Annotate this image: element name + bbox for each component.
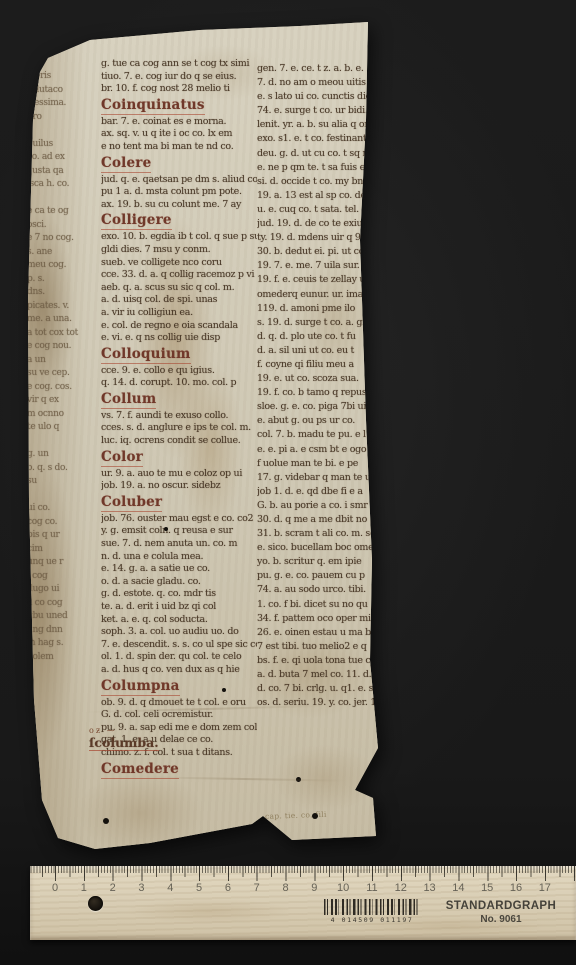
text-line: 13 xyxy=(415,882,444,894)
text-line: co. ad ex xyxy=(27,151,101,165)
text-line: d. q. d. plo ute co. t fu xyxy=(257,330,381,344)
catchword-columba: oƶ ⁓ ſcolumba. xyxy=(89,726,159,751)
text-line: i usta qa xyxy=(27,165,101,179)
text-line: 15 xyxy=(473,882,502,894)
text-line: 17 xyxy=(530,882,559,894)
catchword-text: ſcolumba. xyxy=(89,735,159,751)
text-line: 5 xyxy=(185,882,214,894)
text-line: a. d. hus q co. ven dux as q hie xyxy=(101,664,257,677)
barcode-bars xyxy=(324,899,420,915)
text-line: bs. f. e. qi uola tona tue comede xyxy=(257,654,381,668)
text-line xyxy=(27,435,101,449)
text-line: 31. b. scram t ali co. m. sol xyxy=(257,527,381,541)
text-line: te ulo q xyxy=(27,421,101,435)
text-line: bar. 7. e. coinat es e morna. xyxy=(101,116,257,129)
text-line: job. 76. ouster mau egst e co. co2 xyxy=(101,513,257,526)
text-line: 8 xyxy=(271,882,300,894)
text-line: 7 xyxy=(242,882,271,894)
text-line: s. 19. d. surge t co. a. gnd xyxy=(257,316,381,330)
text-line: ur. 9. a. auo te mu e coloz op ui xyxy=(101,468,257,481)
text-line: sue. 7. d. nem anuta un. co. m xyxy=(101,538,257,551)
text-line: picates. v. xyxy=(27,300,101,314)
text-line: te. a. d. erit i uid bz qi col xyxy=(101,601,257,614)
text-line: su ve cep. xyxy=(27,367,101,381)
text-line: g. un xyxy=(27,448,101,462)
text-line: ung dnn xyxy=(27,624,101,638)
text-column-1: g. tue ca cog ann se t cog tx simitiuo. … xyxy=(101,58,257,780)
text-line: si. d. occide t co. my bnd a xyxy=(257,175,381,189)
text-line: 1 xyxy=(69,882,98,894)
lemma-heading: Collum xyxy=(101,391,156,409)
text-line: 30. b. dedut ei. pi. ut co. bi. aq xyxy=(257,245,381,259)
lemma-heading: Colloquium xyxy=(101,346,191,364)
text-line: a tot cox tot xyxy=(27,327,101,341)
text-line xyxy=(27,678,101,692)
text-line: col. 7. b. madu te pu. e l xyxy=(257,428,381,442)
wormhole xyxy=(103,818,109,824)
text-line: vir q ex xyxy=(27,394,101,408)
text-line: 19. f. e. ceuis te zellay u xyxy=(257,273,381,287)
text-line: 19. 7. e. me. 7 uila sur. o sur xyxy=(257,259,381,273)
ruler-hanging-hole xyxy=(88,896,103,911)
text-line: 7 est tibi. tuo melio2 e q xyxy=(257,640,381,654)
parchment-surface: lberissalutacoz essima. uro puilusco. ad… xyxy=(25,18,381,854)
text-line: n. d. una e colula mea. xyxy=(101,551,257,564)
text-line: q. 14. d. corupt. 10. mo. col. p xyxy=(101,377,257,390)
text-line: a un xyxy=(27,354,101,368)
text-line: e. vi. e. q ns collig uie disp xyxy=(101,332,257,345)
text-line: 74. a. au sodo urco. tibi. xyxy=(257,583,381,597)
text-line: ui co. xyxy=(27,502,101,516)
verso-inscription: cap. tie. co. fili xyxy=(265,808,375,821)
text-line: job. 19. a. no oscur. sidebz xyxy=(101,480,257,493)
text-line: 19. f. co. b tamo q repus xyxy=(257,386,381,400)
text-line: z essima. xyxy=(27,97,101,111)
text-line: 7. d. no am o meou uitis diel xyxy=(257,76,381,90)
text-line: 0 xyxy=(41,882,70,894)
text-line: m ocnno xyxy=(27,408,101,422)
text-line: a co cog xyxy=(27,597,101,611)
ruler-model-number: No. 9061 xyxy=(426,914,576,925)
text-line: yo. b. scritur q. em ipie xyxy=(257,555,381,569)
lemma-heading: Color xyxy=(101,449,143,467)
text-line: gen. 7. e. ce. t z. a. b. e. xyxy=(257,62,381,76)
text-line: nolem xyxy=(27,651,101,665)
lemma-heading: Columpna xyxy=(101,678,180,696)
barcode-digits: 4 014509 011197 xyxy=(324,916,420,924)
lemma-heading: Coluber xyxy=(101,494,162,512)
text-line: e no tent ma bi man te nd co. xyxy=(101,141,257,154)
text-line: 1. co. f bi. dicet su no qu xyxy=(257,598,381,612)
ruler-brand-name: STANDARDGRAPH xyxy=(426,900,576,912)
text-line: 3 xyxy=(127,882,156,894)
text-line: 11 xyxy=(358,882,387,894)
text-line: G. b. au porie a co. i smr xyxy=(257,499,381,513)
text-line: d. co. 7 bi. crlg. u. q1. e. sic vesti t… xyxy=(257,682,381,696)
ruler-cm-ticks xyxy=(30,866,576,881)
text-line: e. ne p qm te. t sa fuis el xyxy=(257,161,381,175)
text-line: 19. e. ut co. scoza sua. xyxy=(257,372,381,386)
text-line: 30. d. q me a me dbit no xyxy=(257,513,381,527)
text-line: deu. g. d. ut cu co. t sq ruis xyxy=(257,147,381,161)
text-line: y. g. emsit coln. q reusa e sur xyxy=(101,525,257,538)
text-line: e. abut g. ou ps ur co. xyxy=(257,414,381,428)
text-line: job 1. d. e. qd dbe fi e a xyxy=(257,485,381,499)
text-column-2: gen. 7. e. ce. t z. a. b. e.7. d. no am … xyxy=(257,62,381,710)
text-line: cim xyxy=(27,543,101,557)
text-line: m hag s. xyxy=(27,637,101,651)
text-line: salutaco xyxy=(27,84,101,98)
text-line: lberis xyxy=(27,70,101,84)
text-line: pu. g. e. co. pauem cu p xyxy=(257,569,381,583)
text-line: f. coyne qi filiu meu a xyxy=(257,358,381,372)
lemma-heading: Colligere xyxy=(101,212,172,230)
text-line: o. q. s do. xyxy=(27,462,101,476)
text-line: e. col. de regno e oia scandala xyxy=(101,320,257,333)
text-line: luc. iq. ocrens condit se collue. xyxy=(101,435,257,448)
barcode: 4 014509 011197 xyxy=(324,899,420,925)
text-line: 19. a. 13 est al sp co. debetis xyxy=(257,189,381,203)
text-line: ol. 1. d. spin der. qu col. te celo xyxy=(101,651,257,664)
text-line: ket. a. e. q. col soducta. xyxy=(101,614,257,627)
ruler-scale-numbers: 01234567891011121314151617 xyxy=(41,882,560,894)
text-line: e 7 no cog. xyxy=(27,232,101,246)
text-line: 9 xyxy=(300,882,329,894)
text-line: sueb. ve colligete nco coru xyxy=(101,257,257,270)
text-line: cces. s. d. anglure e ips te col. m. xyxy=(101,422,257,435)
text-line: p. s. xyxy=(27,273,101,287)
text-line: meu cog. xyxy=(27,259,101,273)
text-line: a. vir iu colligiun ea. xyxy=(101,307,257,320)
text-line: su xyxy=(27,475,101,489)
text-line: cce. 33. d. a. q collig racemoz p vi xyxy=(101,269,257,282)
text-line: exo. 10. b. egdia ib t col. q sue p su xyxy=(101,231,257,244)
text-line: e ca te og xyxy=(27,205,101,219)
text-line: gldi dies. 7 msu y conm. xyxy=(101,244,257,257)
wooden-ruler: 01234567891011121314151617 4 014509 0111… xyxy=(30,866,576,940)
text-line: os. d. seriu. 19. y. co. jer. 19. e. vii… xyxy=(257,696,381,710)
text-line: vs. 7. f. aundi te exuso collo. xyxy=(101,410,257,423)
text-line: lenit. yr. a. b. su alia q om xyxy=(257,118,381,132)
manuscript-fragment: lberissalutacoz essima. uro puilusco. ad… xyxy=(25,18,381,854)
text-line: a. d. uisq col. de spi. unas xyxy=(101,294,257,307)
text-line: i cog xyxy=(27,570,101,584)
text-line: a. d. buta 7 mel co. 11. d. ete graud xyxy=(257,668,381,682)
text-line: 4 xyxy=(156,882,185,894)
text-line: s. ane xyxy=(27,246,101,260)
text-line: jud. 19. d. de co te exiuit d xyxy=(257,217,381,231)
text-line: 17. g. videbar q man te u xyxy=(257,471,381,485)
text-line: uro xyxy=(27,111,101,125)
text-line: jud. q. e. qaetsan pe dm s. aliud co. xyxy=(101,174,257,187)
text-line: gbu uned xyxy=(27,610,101,624)
text-line: bis q ur xyxy=(27,529,101,543)
text-line: exo. s1. e. t co. festinant xyxy=(257,132,381,146)
text-line: ax. sq. v. u q ite i oc co. lx em xyxy=(101,128,257,141)
text-line: f uolue man te bi. e pe xyxy=(257,457,381,471)
margin-column-fragment: lberissalutacoz essima. uro puilusco. ad… xyxy=(27,70,101,705)
text-line: unq ue r xyxy=(27,556,101,570)
ruler-brand-block: STANDARDGRAPH No. 9061 xyxy=(426,900,576,925)
text-line: 14 xyxy=(444,882,473,894)
text-line: dugo ui xyxy=(27,583,101,597)
text-line: d. a. sil uni ut co. eu t xyxy=(257,344,381,358)
text-line: 12 xyxy=(386,882,415,894)
lemma-heading: Colere xyxy=(101,155,151,173)
text-line: sloe. g. e. co. piga 7bi ui xyxy=(257,400,381,414)
text-line: 34. f. pattem oco oper mil xyxy=(257,612,381,626)
wormhole xyxy=(164,527,168,531)
text-line: u. e. cuq co. t sata. tel. au xyxy=(257,203,381,217)
text-line: e. sico. bucellam boc ome xyxy=(257,541,381,555)
photo-background: lberissalutacoz essima. uro puilusco. ad… xyxy=(0,0,576,965)
lemma-heading: Coinquinatus xyxy=(101,97,205,115)
text-line: o. d. a sacie gladu. co. xyxy=(101,576,257,589)
text-line xyxy=(27,192,101,206)
text-line: e cog nou. xyxy=(27,340,101,354)
text-line: 16 xyxy=(502,882,531,894)
text-line: cce. 9. e. collo e qu igius. xyxy=(101,365,257,378)
text-line: puilus xyxy=(27,138,101,152)
text-line: 26. e. oinen estau u ma bie xyxy=(257,626,381,640)
text-line: tiuo. 7. e. cog iur do q se eius. xyxy=(101,71,257,84)
text-line: pu 1 a. d. msta colunt pm pote. xyxy=(101,186,257,199)
text-line xyxy=(27,489,101,503)
text-line xyxy=(27,124,101,138)
text-line: e. s lato ui co. cunctis diel xyxy=(257,90,381,104)
text-line: 119. d. amoni pme ilo xyxy=(257,302,381,316)
text-line: omederq eunur. ur. ima xyxy=(257,288,381,302)
text-line: ax. 19. b. su cu colunt me. 7 ay xyxy=(101,199,257,212)
text-line: g. d. estote. q. co. mdr tis xyxy=(101,588,257,601)
text-line: g. tue ca cog ann se t cog tx simi xyxy=(101,58,257,71)
text-line: 10 xyxy=(329,882,358,894)
text-line: 74. e. surge t co. ur bidi. ch xyxy=(257,104,381,118)
text-line: 2 xyxy=(98,882,127,894)
text-line: me. a una. xyxy=(27,313,101,327)
wormhole xyxy=(222,688,226,692)
text-line: soph. 3. a. col. uo audiu uo. do xyxy=(101,626,257,639)
catchword-mark: oƶ ⁓ xyxy=(89,726,159,735)
wormhole xyxy=(312,813,318,819)
text-line: dns. xyxy=(27,286,101,300)
text-line: ty. 19. d. mdens uir q 9. u xyxy=(257,231,381,245)
text-line: cog co. xyxy=(27,516,101,530)
text-line: br. 10. f. cog nost 28 melio ti xyxy=(101,83,257,96)
text-line: aeb. q. a. scus su sic q col. m. xyxy=(101,282,257,295)
text-line: e cog. cos. xyxy=(27,381,101,395)
text-line: isca h. co. xyxy=(27,178,101,192)
text-line: 7. e. descendit. s. s. co ul spe sic co. xyxy=(101,639,257,652)
text-line: 6 xyxy=(213,882,242,894)
text-line: e. e. pi a. e csm bt e ogo xyxy=(257,443,381,457)
text-line: osci. xyxy=(27,219,101,233)
text-line: e. 14. g. a. a satie ue co. xyxy=(101,563,257,576)
text-line xyxy=(27,691,101,705)
text-line xyxy=(27,664,101,678)
